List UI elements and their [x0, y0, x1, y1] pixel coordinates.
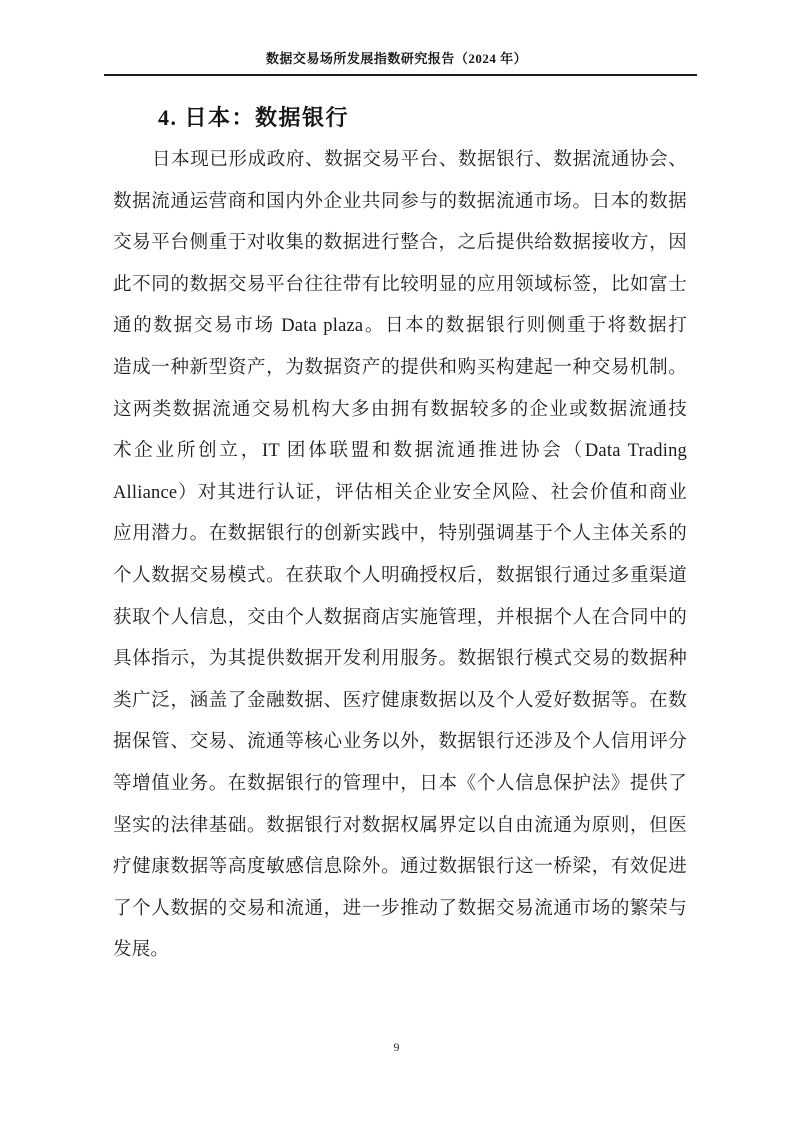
paragraph-line: 发展。: [113, 930, 687, 972]
paragraph-line: 疗健康数据等高度敏感信息除外。通过数据银行这一桥梁，有效促进: [113, 847, 687, 889]
paragraph-line: Alliance）对其进行认证，评估相关企业安全风险、社会价值和商业: [113, 473, 687, 515]
header-rule: [104, 74, 697, 76]
paragraph-line: 了个人数据的交易和流通，进一步推动了数据交易流通市场的繁荣与: [113, 889, 687, 931]
paragraph-line: 具体指示，为其提供数据开发利用服务。数据银行模式交易的数据种: [113, 639, 687, 681]
paragraph-line: 获取个人信息，交由个人数据商店实施管理，并根据个人在合同中的: [113, 598, 687, 640]
paragraph-line: 类广泛，涵盖了金融数据、医疗健康数据以及个人爱好数据等。在数: [113, 681, 687, 723]
paragraph-line: 通的数据交易市场 Data plaza。日本的数据银行则侧重于将数据打: [113, 306, 687, 348]
document-page: 数据交易场所发展指数研究报告（2024 年） 4. 日本：数据银行 日本现已形成…: [0, 0, 793, 1122]
paragraph-line: 应用潜力。在数据银行的创新实践中，特别强调基于个人主体关系的: [113, 514, 687, 556]
paragraph-line: 数据流通运营商和国内外企业共同参与的数据流通市场。日本的数据: [113, 182, 687, 224]
page-number: 9: [0, 1040, 793, 1055]
paragraph-line: 等增值业务。在数据银行的管理中，日本《个人信息保护法》提供了: [113, 764, 687, 806]
section-heading: 4. 日本：数据银行: [158, 101, 349, 132]
paragraph-line: 此不同的数据交易平台往往带有比较明显的应用领域标签，比如富士: [113, 265, 687, 307]
paragraph-line: 据保管、交易、流通等核心业务以外，数据银行还涉及个人信用评分: [113, 722, 687, 764]
paragraph-line: 个人数据交易模式。在获取个人明确授权后，数据银行通过多重渠道: [113, 556, 687, 598]
paragraph-line: 坚实的法律基础。数据银行对数据权属界定以自由流通为原则，但医: [113, 806, 687, 848]
paragraph-line: 术企业所创立，IT 团体联盟和数据流通推进协会（Data Trading: [113, 431, 687, 473]
paragraph-line: 交易平台侧重于对收集的数据进行整合，之后提供给数据接收方，因: [113, 223, 687, 265]
paragraph-line: 日本现已形成政府、数据交易平台、数据银行、数据流通协会、: [113, 140, 687, 182]
paragraph-line: 这两类数据流通交易机构大多由拥有数据较多的企业或数据流通技: [113, 390, 687, 432]
body-paragraph: 日本现已形成政府、数据交易平台、数据银行、数据流通协会、 数据流通运营商和国内外…: [113, 140, 687, 972]
page-header-title: 数据交易场所发展指数研究报告（2024 年）: [0, 48, 793, 67]
paragraph-line: 造成一种新型资产，为数据资产的提供和购买构建起一种交易机制。: [113, 348, 687, 390]
